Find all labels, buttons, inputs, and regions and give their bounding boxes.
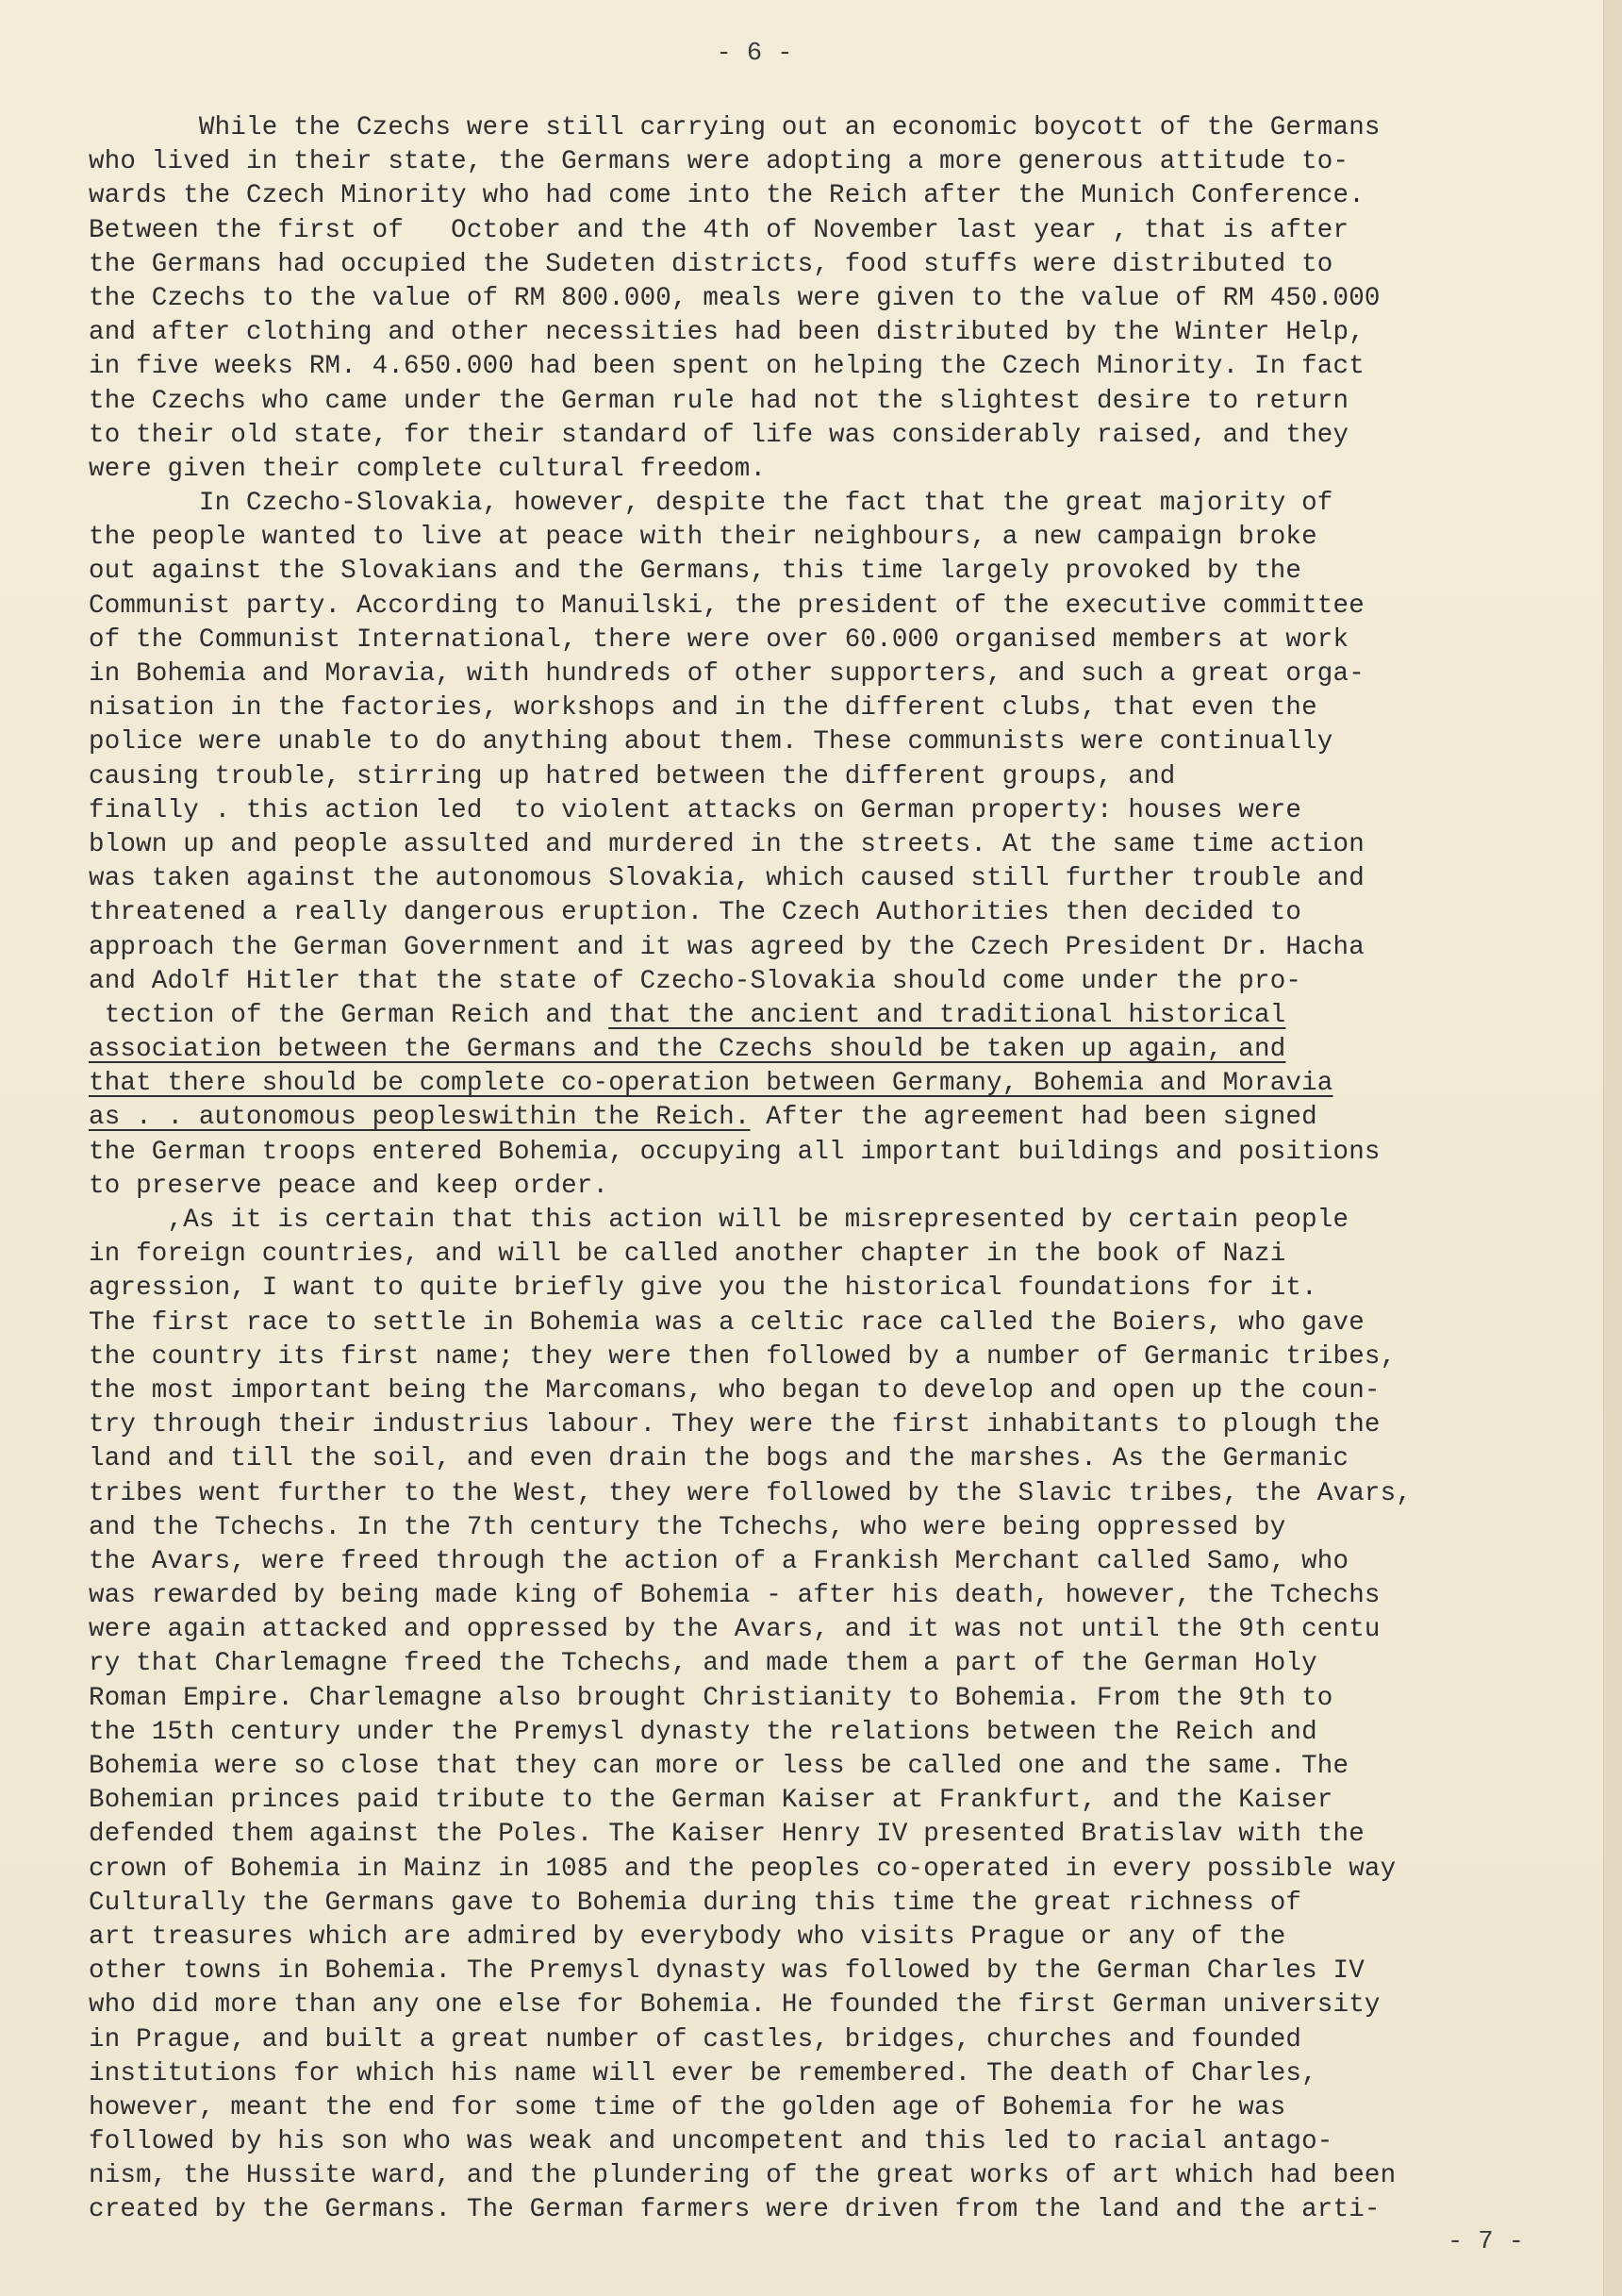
underlined-passage-line: association between the Germans and the … (89, 1033, 1597, 1067)
text-segment: tection of the German Reich and (89, 1001, 608, 1030)
text-line: agression, I want to quite briefly give … (89, 1272, 1597, 1306)
text-line: Roman Empire. Charlemagne also brought C… (89, 1682, 1597, 1716)
text-line: were given their complete cultural freed… (89, 453, 1597, 487)
text-line: land and till the soil, and even drain t… (89, 1442, 1597, 1476)
document-page: - 6 - While the Czechs were still carryi… (0, 0, 1603, 2296)
underlined-passage-line: that there should be complete co-operati… (89, 1067, 1597, 1101)
text-line: and after clothing and other necessities… (89, 316, 1597, 350)
text-line: was rewarded by being made king of Bohem… (89, 1579, 1597, 1613)
page-edge (1603, 0, 1622, 2296)
text-line: police were unable to do anything about … (89, 725, 1597, 759)
typewritten-body: While the Czechs were still carrying out… (89, 111, 1597, 2262)
text-line: followed by his son who was weak and unc… (89, 2125, 1597, 2159)
text-line: the Czechs to the value of RM 800.000, m… (89, 282, 1597, 316)
text-line: try through their industrius labour. The… (89, 1408, 1597, 1442)
text-line: tribes went further to the West, they we… (89, 1477, 1597, 1511)
underlined-passage: that the ancient and traditional histori… (608, 1001, 1285, 1030)
text-line: finally . this action led to violent att… (89, 794, 1597, 828)
text-line: The first race to settle in Bohemia was … (89, 1306, 1597, 1340)
text-line: and the Tchechs. In the 7th century the … (89, 1511, 1597, 1545)
text-line: in Prague, and built a great number of c… (89, 2023, 1597, 2057)
text-line: Communist party. According to Manuilski,… (89, 590, 1597, 624)
underlined-passage: as . . autonomous peopleswithin the Reic… (89, 1103, 751, 1132)
text-line: the 15th century under the Premysl dynas… (89, 1716, 1597, 1750)
text-line: approach the German Government and it wa… (89, 931, 1597, 965)
text-line-partially-underlined: tection of the German Reich and that the… (89, 999, 1597, 1033)
text-line: in five weeks RM. 4.650.000 had been spe… (89, 350, 1597, 384)
text-line: created by the Germans. The German farme… (89, 2193, 1597, 2227)
text-line: the most important being the Marcomans, … (89, 1374, 1597, 1408)
text-line: ,As it is certain that this action will … (89, 1204, 1597, 1238)
text-line: blown up and people assulted and murdere… (89, 828, 1597, 862)
page-number-bottom: - 7 - (1448, 2228, 1524, 2256)
text-line: the country its first name; they were th… (89, 1340, 1597, 1374)
text-line: crown of Bohemia in Mainz in 1085 and th… (89, 1853, 1597, 1887)
text-line: however, meant the end for some time of … (89, 2091, 1597, 2125)
text-line-partially-underlined: as . . autonomous peopleswithin the Reic… (89, 1101, 1597, 1135)
text-line: to preserve peace and keep order. (89, 1170, 1597, 1204)
page-number-top: - 6 - (0, 40, 1509, 68)
text-line: wards the Czech Minority who had come in… (89, 179, 1597, 213)
text-line: In Czecho-Slovakia, however, despite the… (89, 487, 1597, 521)
text-line: the Germans had occupied the Sudeten dis… (89, 248, 1597, 282)
text-line: who did more than any one else for Bohem… (89, 1988, 1597, 2022)
text-line: in Bohemia and Moravia, with hundreds of… (89, 657, 1597, 691)
text-line: Culturally the Germans gave to Bohemia d… (89, 1887, 1597, 1921)
text-line: was taken against the autonomous Slovaki… (89, 862, 1597, 896)
text-line: to their old state, for their standard o… (89, 419, 1597, 453)
text-line: art treasures which are admired by every… (89, 1921, 1597, 1955)
text-line: Bohemia were so close that they can more… (89, 1750, 1597, 1784)
text-line: the German troops entered Bohemia, occup… (89, 1136, 1597, 1170)
text-line: who lived in their state, the Germans we… (89, 145, 1597, 179)
text-line: Bohemian princes paid tribute to the Ger… (89, 1784, 1597, 1818)
text-line: and Adolf Hitler that the state of Czech… (89, 965, 1597, 999)
text-segment: After the agreement had been signed (751, 1103, 1317, 1132)
text-line: ry that Charlemagne freed the Tchechs, a… (89, 1647, 1597, 1681)
text-line: nism, the Hussite ward, and the plunderi… (89, 2159, 1597, 2193)
text-line: other towns in Bohemia. The Premysl dyna… (89, 1955, 1597, 1988)
text-line: were again attacked and oppressed by the… (89, 1613, 1597, 1647)
text-line: Between the first of October and the 4th… (89, 214, 1597, 248)
text-line: of the Communist International, there we… (89, 624, 1597, 657)
text-line: While the Czechs were still carrying out… (89, 111, 1597, 145)
text-line: defended them against the Poles. The Kai… (89, 1818, 1597, 1852)
text-line: institutions for which his name will eve… (89, 2057, 1597, 2091)
text-line: nisation in the factories, workshops and… (89, 691, 1597, 725)
text-line: the Avars, were freed through the action… (89, 1545, 1597, 1579)
text-line: causing trouble, stirring up hatred betw… (89, 760, 1597, 794)
text-line (89, 2228, 1597, 2262)
text-line: the Czechs who came under the German rul… (89, 385, 1597, 419)
text-line: threatened a really dangerous eruption. … (89, 896, 1597, 930)
text-line: in foreign countries, and will be called… (89, 1238, 1597, 1272)
text-line: the people wanted to live at peace with … (89, 521, 1597, 555)
text-line: out against the Slovakians and the Germa… (89, 555, 1597, 589)
